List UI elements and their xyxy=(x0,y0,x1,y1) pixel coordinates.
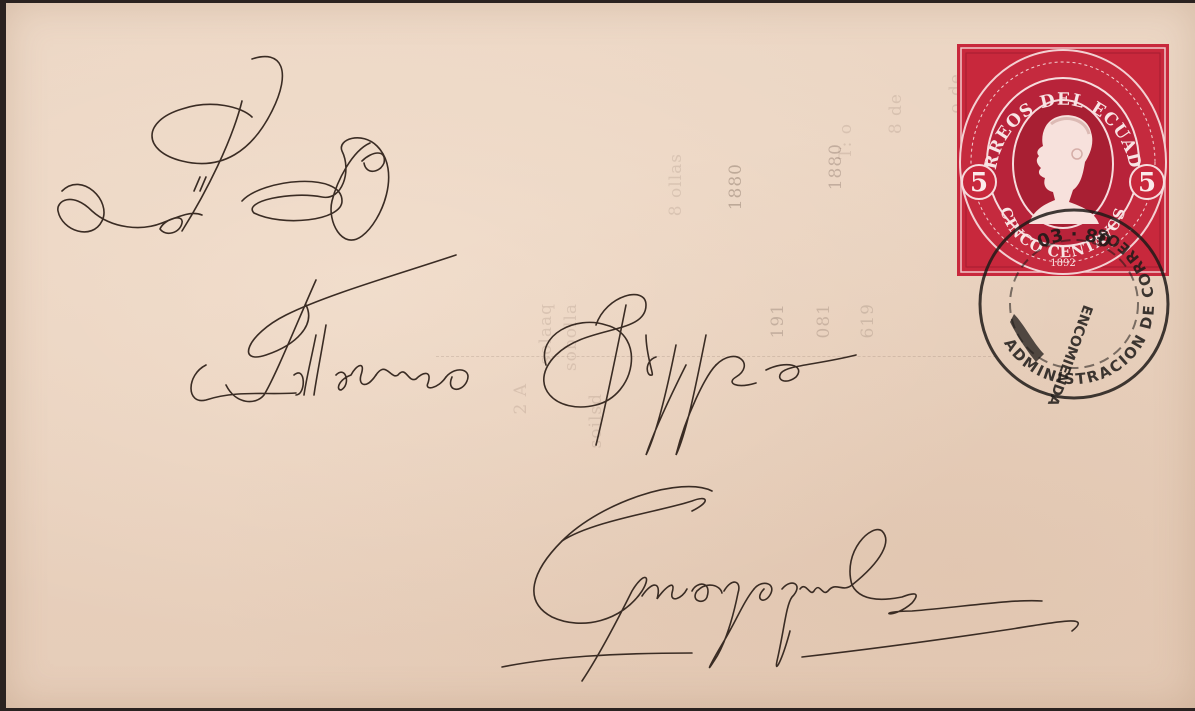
show-through-line: 8 ollas xyxy=(666,153,686,216)
show-through-line: 8 de xyxy=(886,93,906,134)
postmark: ADMINISTRACION DE CORREOS 03 · 80 ENCOMI… xyxy=(974,204,1174,404)
show-through-line: 1880 xyxy=(726,163,746,210)
postmark-inner-text: ENCOMIENDAS xyxy=(1040,303,1095,404)
salutation-handwriting: Sr D xyxy=(42,51,462,276)
stamp-value-left: 5 xyxy=(970,168,988,198)
city-handwriting: Guayaquil xyxy=(492,481,1112,706)
show-through-line: 1880 xyxy=(826,143,846,190)
stamp-value-right: 5 xyxy=(1138,168,1156,198)
envelope: o de 8 de T: o 1880 1880 8 ollas 191 081… xyxy=(6,3,1195,708)
show-through-line: 619 xyxy=(858,303,878,338)
recipient-name-handwriting: Federico Poppe xyxy=(176,265,856,470)
